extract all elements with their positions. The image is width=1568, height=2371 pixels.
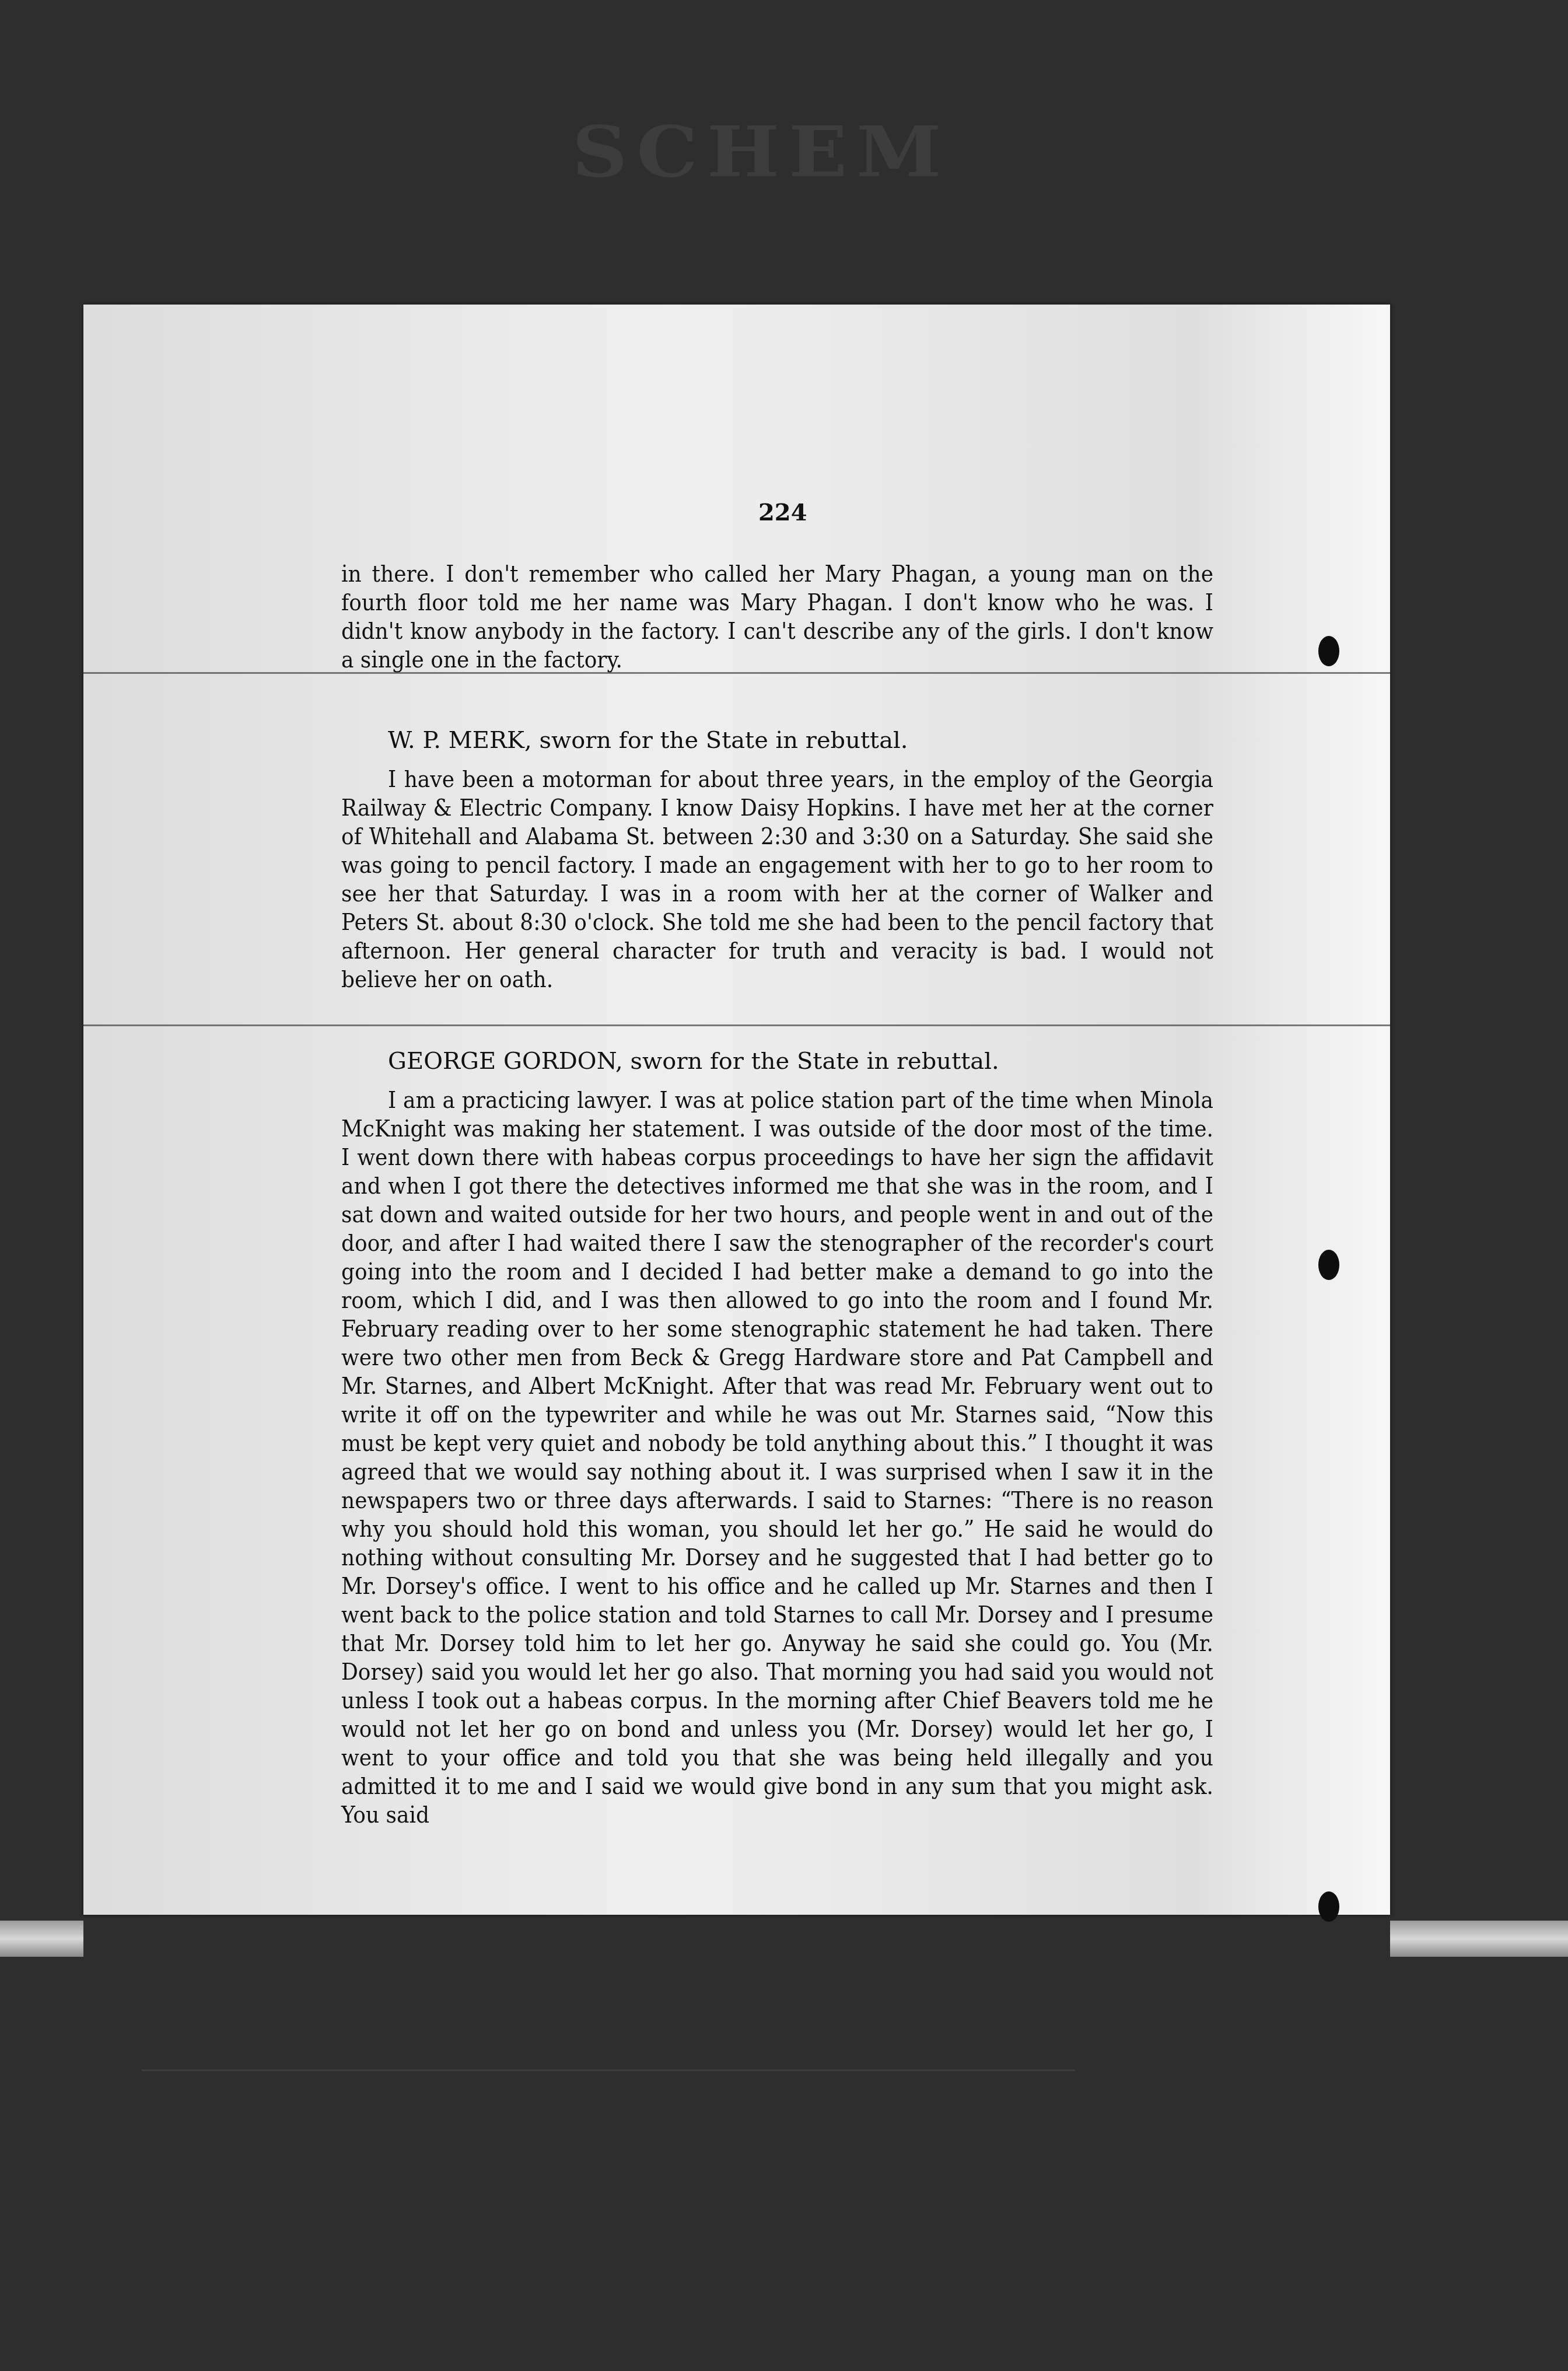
band-right [1390,1921,1568,1957]
witness-testimony: I have been a motorman for about three y… [341,765,1213,994]
scan-rule [142,2069,1075,2071]
paragraph: in there. I don't remember who called he… [341,560,1213,674]
witness-heading: GEORGE GORDON, sworn for the State in re… [388,1047,999,1076]
punch-hole-2 [1318,1250,1339,1280]
witness-heading: W. P. MERK, sworn for the State in rebut… [388,726,908,755]
punch-hole-3 [1318,1891,1339,1922]
page-number: 224 [758,499,807,526]
scan-rule [83,1024,1390,1026]
paragraph: I am a practicing lawyer. I was at polic… [341,1086,1213,1830]
band-left [0,1921,83,1957]
witness-testimony: I am a practicing lawyer. I was at polic… [341,1086,1213,1830]
punch-hole-1 [1318,636,1339,666]
opening-paragraph: in there. I don't remember who called he… [341,560,1213,674]
paragraph: I have been a motorman for about three y… [341,765,1213,994]
ghost-title: SCHEM [572,111,951,193]
